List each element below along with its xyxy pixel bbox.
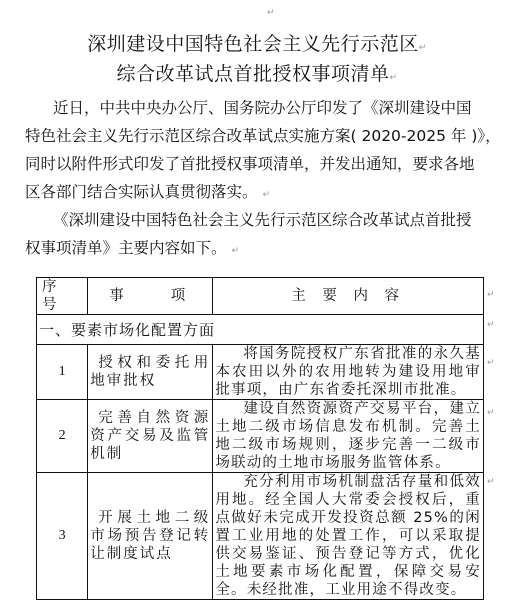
row-end-mark: ↵ [487,408,495,418]
header-number: 序 号 [37,278,88,315]
intro-line: 特色社会主义先行示范区综合改革试点实施方案( 2020-2025 年 )》， [25,122,465,150]
document-title-line-2: 综合改革试点首批授权事项清单↵ [0,59,514,86]
row-item: 完善自然资源资产交易及监管机制 [88,400,213,473]
title-text: 深圳建设中国特色社会主义先行示范区 [87,33,419,55]
intro-line-text: 区各部门结合实际认真贯彻落实。 [25,183,258,201]
table-row: 2 完善自然资源资产交易及监管机制 建设自然资源资产交易平台，建立土地二级市场信… [37,400,484,473]
intro-line: 近日，中共中央办公厅、国务院办公厅印发了《深圳建设中国 [25,94,465,122]
row-item: 开展土地二级市场预告登记转让制度试点 [88,473,213,600]
second-line: 《深圳建设中国特色社会主义先行示范区综合改革试点首批授 [25,206,465,234]
table-row: 3 开展土地二级市场预告登记转让制度试点 充分利用市场机制盘活存量和低效用地。经… [37,473,484,600]
row-end-mark: ↵ [487,290,495,300]
second-line: 权事项清单》主要内容如下。 ↵ [25,234,465,262]
row-number: 1 [37,345,88,400]
intro-line: 区各部门结合实际认真贯彻落实。 ↵ [25,178,465,206]
section-title: 一、要素市场化配置方面 [37,315,484,345]
row-content: 充分利用市场机制盘活存量和低效用地。经全国人大常委会授权后，重点做好未完成开发投… [213,473,484,600]
paragraph-mark: ↵ [267,8,275,18]
document-title-line-1: 深圳建设中国特色社会主义先行示范区↵ [0,29,514,56]
row-end-mark: ↵ [487,477,495,487]
second-paragraph: 《深圳建设中国特色社会主义先行示范区综合改革试点首批授 权事项清单》主要内容如下… [25,206,465,262]
row-number: 3 [37,473,88,600]
intro-line: 同时以附件形式印发了首批授权事项清单，并发出通知，要求各地 [25,150,465,178]
table-row: 1 授权和委托用地审批权 将国务院授权广东省批准的永久基本农田以外的农用地转为建… [37,345,484,400]
intro-paragraph: 近日，中共中央办公厅、国务院办公厅印发了《深圳建设中国 特色社会主义先行示范区综… [25,94,465,206]
row-number: 2 [37,400,88,473]
table-header-row: 序 号 事 项 主 要 内 容 [37,278,484,315]
row-content: 将国务院授权广东省批准的永久基本农田以外的农用地转为建设用地审批事项，由广东省委… [213,345,484,400]
paragraph-mark: ↵ [262,190,270,200]
row-content: 建设自然资源资产交易平台，建立土地二级市场信息发布机制。完善土地二级市场规则，逐… [213,400,484,473]
title-text: 综合改革试点首批授权事项清单 [116,63,389,85]
paragraph-mark: ↵ [231,246,239,256]
row-end-mark: ↵ [487,320,495,330]
section-row: 一、要素市场化配置方面 [37,315,484,345]
paragraph-mark: ↵ [419,43,427,53]
header-content: 主 要 内 容 [213,278,484,315]
row-item: 授权和委托用地审批权 [88,345,213,400]
authorization-items-table: 序 号 事 项 主 要 内 容 一、要素市场化配置方面 1 授权和委托用地审批权… [36,277,484,600]
header-item: 事 项 [88,278,213,315]
second-line-text: 权事项清单》主要内容如下。 [25,239,227,257]
row-end-mark: ↵ [487,358,495,368]
paragraph-mark: ↵ [389,73,397,83]
